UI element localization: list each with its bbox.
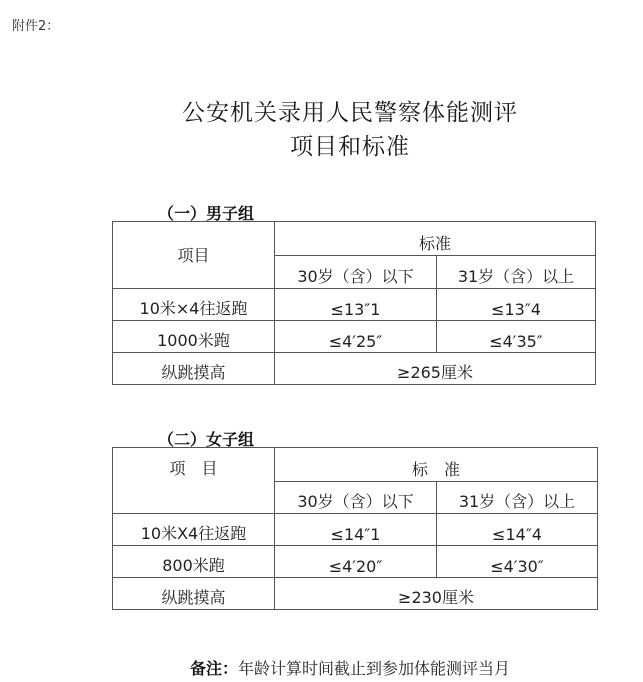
table-female-standards: 项 目 标 准 30岁（含）以下 31岁（含）以上 10米X4往返跑 ≤14″1…: [112, 447, 598, 610]
table-row: 纵跳摸高 ≥230厘米: [113, 578, 598, 610]
row-under-value: ≤14″1: [275, 514, 437, 546]
page-subtitle: 项目和标准: [0, 128, 643, 161]
table-row: 800米跑 ≤4′20″ ≤4′30″: [113, 546, 598, 578]
header-age-under-30: 30岁（含）以下: [275, 256, 437, 289]
row-under-value: ≤4′25″: [275, 321, 437, 353]
header-item: 项 目: [113, 448, 275, 514]
footnote-text: 年龄计算时间截止到参加体能测评当月: [238, 659, 510, 678]
row-merged-value: ≥265厘米: [275, 353, 596, 385]
row-item: 纵跳摸高: [113, 578, 275, 610]
table-row: 纵跳摸高 ≥265厘米: [113, 353, 596, 385]
header-age-over-31: 31岁（含）以上: [437, 482, 598, 514]
row-over-value: ≤4′35″: [437, 321, 596, 353]
row-item: 800米跑: [113, 546, 275, 578]
row-under-value: ≤13″1: [275, 289, 437, 321]
row-under-value: ≤4′20″: [275, 546, 437, 578]
footnote-label: 备注：: [190, 659, 238, 678]
table-row: 10米X4往返跑 ≤14″1 ≤14″4: [113, 514, 598, 546]
header-standard: 标准: [275, 222, 596, 256]
row-item: 纵跳摸高: [113, 353, 275, 385]
page-title: 公安机关录用人民警察体能测评: [0, 94, 643, 127]
footnote: 备注：年龄计算时间截止到参加体能测评当月: [0, 656, 643, 679]
row-item: 1000米跑: [113, 321, 275, 353]
row-over-value: ≤14″4: [437, 514, 598, 546]
table-row: 1000米跑 ≤4′25″ ≤4′35″: [113, 321, 596, 353]
header-standard: 标 准: [275, 448, 598, 482]
header-item: 项目: [113, 222, 275, 289]
row-item: 10米X4往返跑: [113, 514, 275, 546]
header-age-under-30: 30岁（含）以下: [275, 482, 437, 514]
header-age-over-31: 31岁（含）以上: [437, 256, 596, 289]
row-over-value: ≤13″4: [437, 289, 596, 321]
table-male-standards: 项目 标准 30岁（含）以下 31岁（含）以上 10米×4往返跑 ≤13″1 ≤…: [112, 221, 596, 385]
table-row: 10米×4往返跑 ≤13″1 ≤13″4: [113, 289, 596, 321]
row-item: 10米×4往返跑: [113, 289, 275, 321]
attachment-label: 附件2：: [12, 15, 59, 34]
row-over-value: ≤4′30″: [437, 546, 598, 578]
row-merged-value: ≥230厘米: [275, 578, 598, 610]
